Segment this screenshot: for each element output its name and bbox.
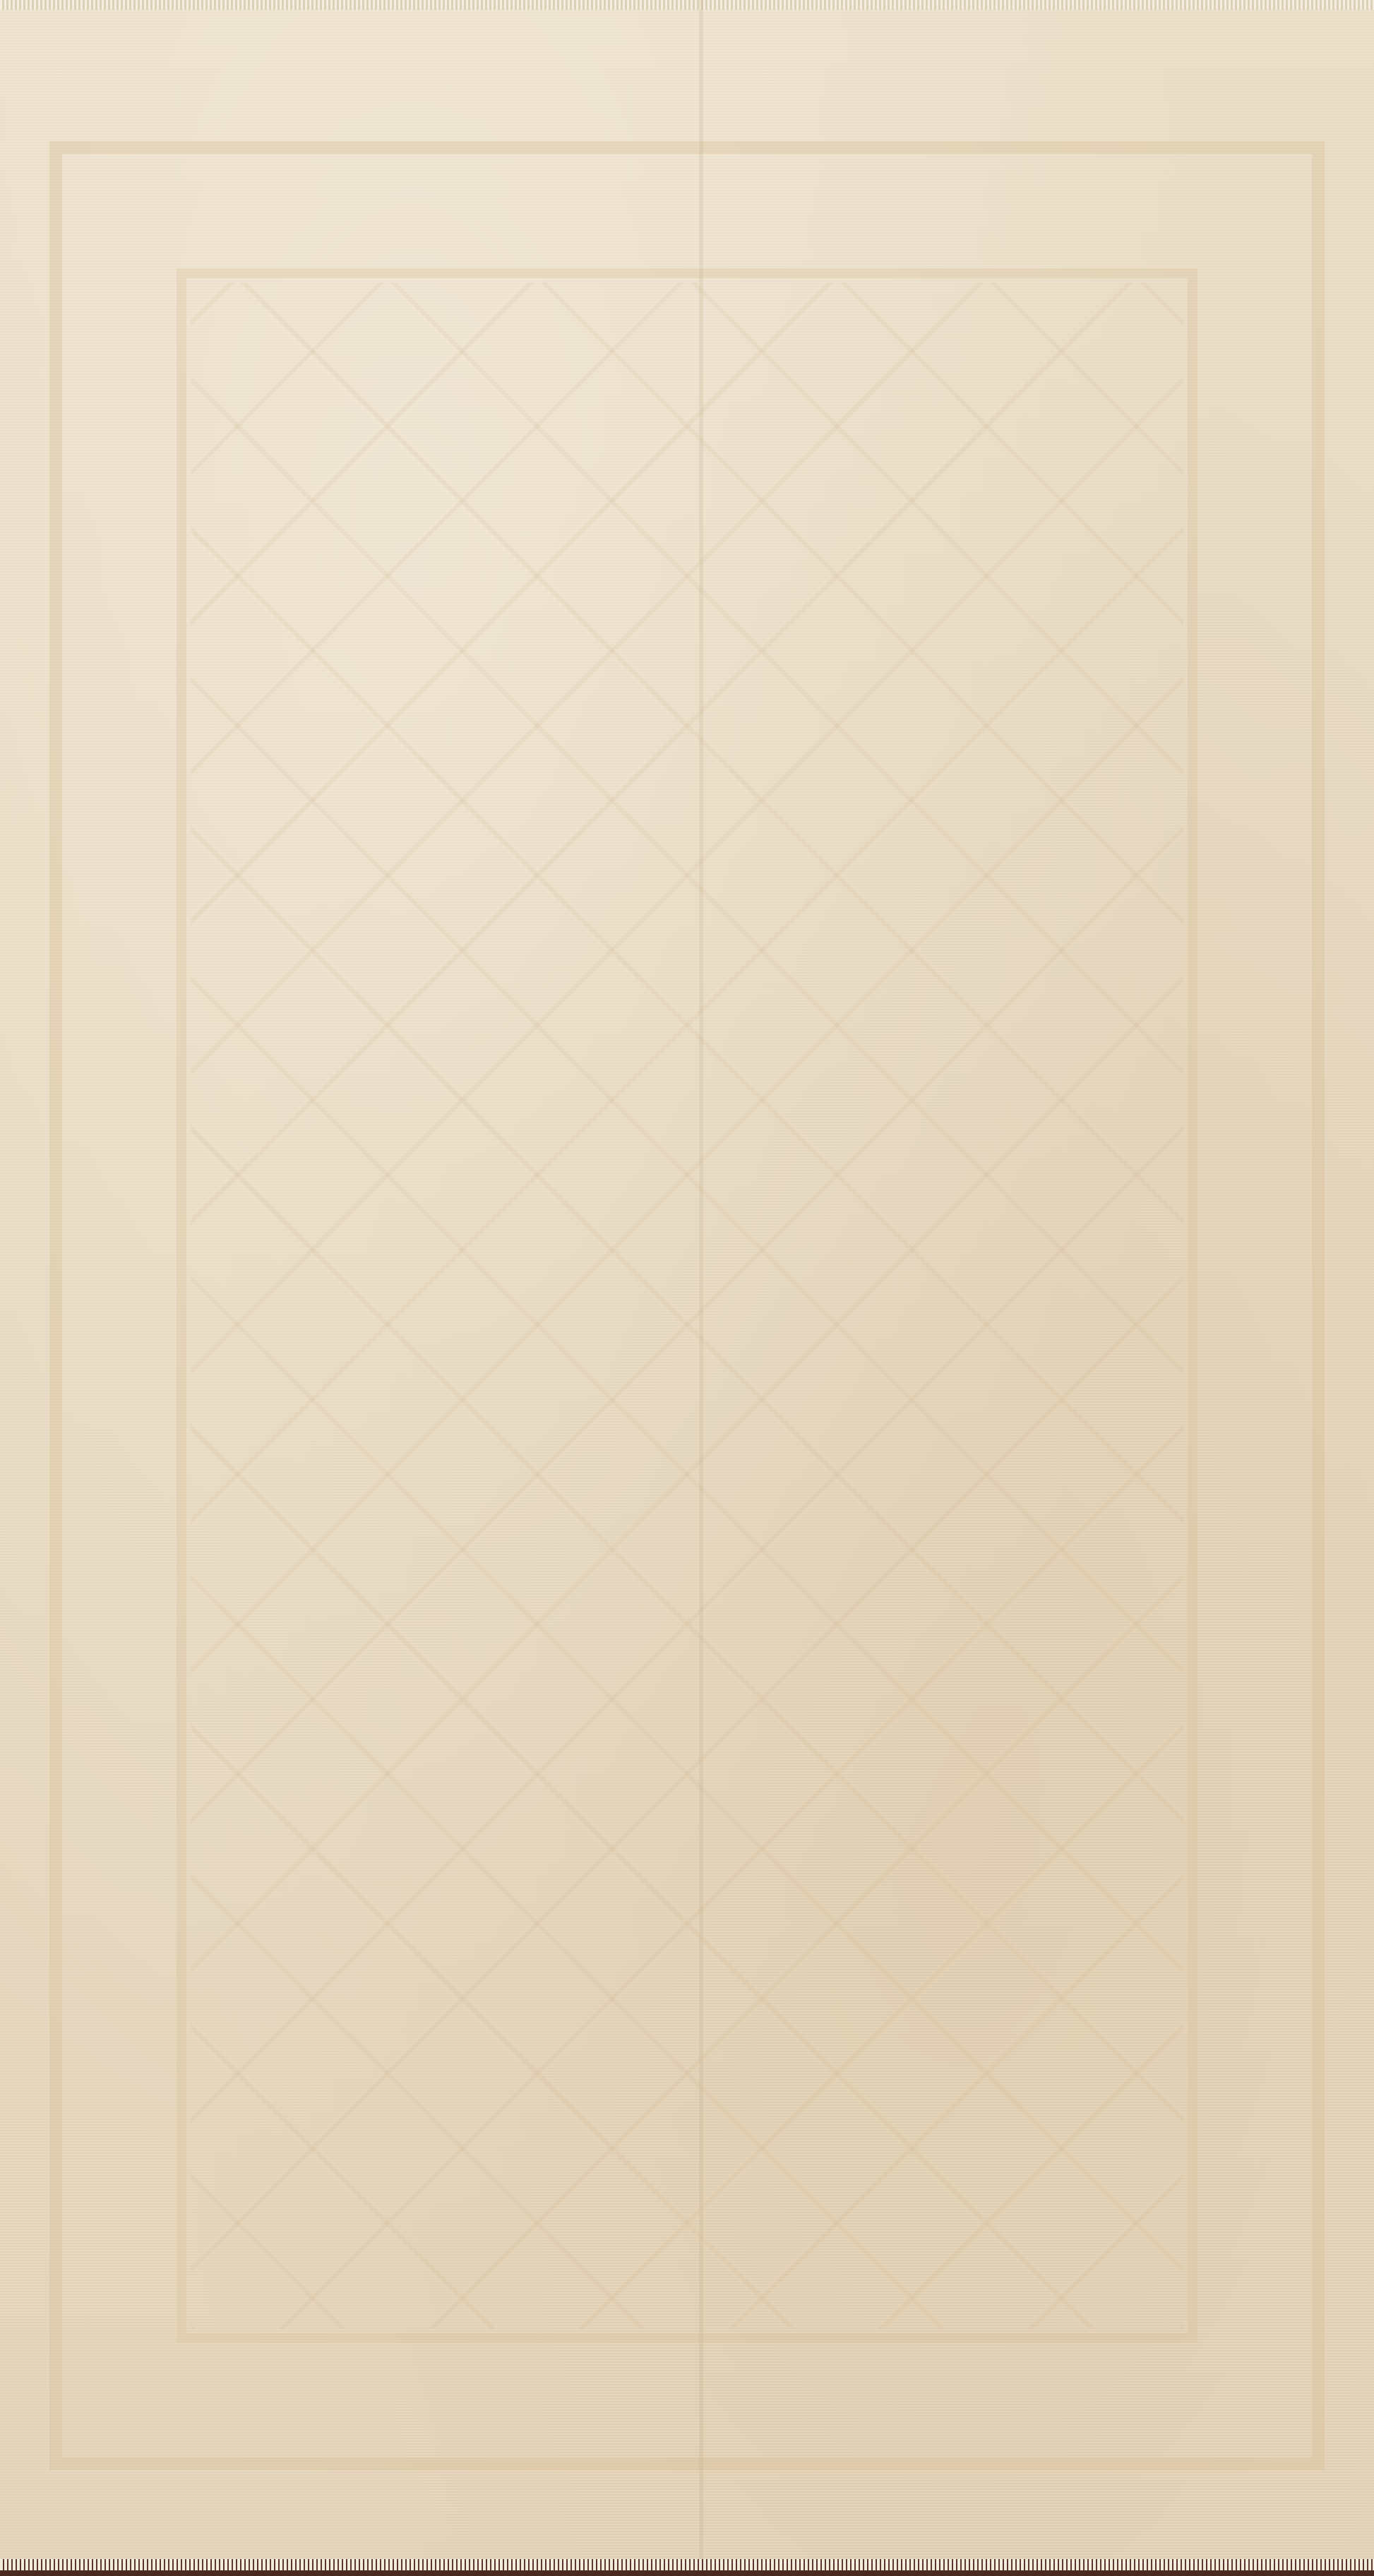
- rug-photo: [0, 0, 1374, 2576]
- rug-top-edge: [0, 0, 1374, 10]
- floor-strip: [0, 2570, 1374, 2576]
- rug-field-pattern: [191, 282, 1183, 2329]
- rug-center-fold: [699, 0, 703, 2576]
